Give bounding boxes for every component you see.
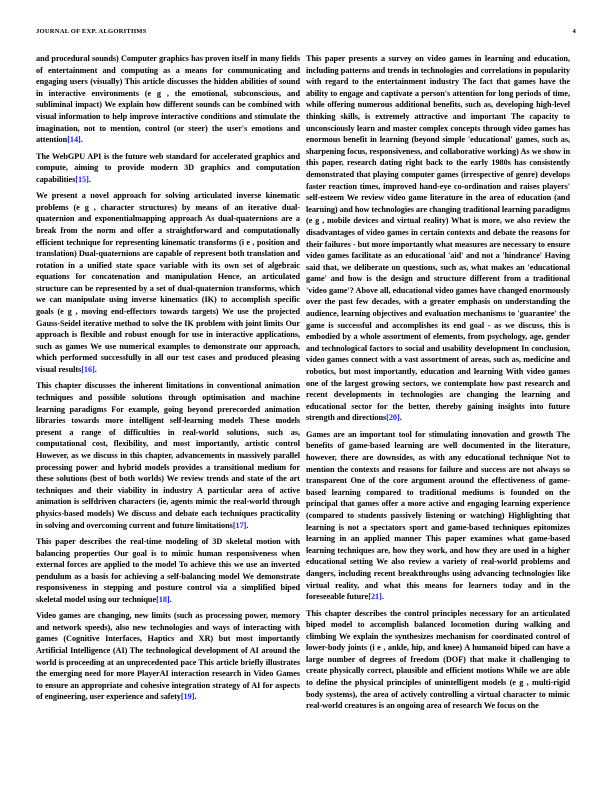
citation-link[interactable]: [19] xyxy=(181,692,195,701)
paragraph: We present a novel approach for solving … xyxy=(36,190,300,376)
citation-link[interactable]: [17] xyxy=(233,521,247,530)
page-header: JOURNAL OF EXP. ALGORITHMS 4 xyxy=(36,28,576,40)
paragraph: This chapter describes the control princ… xyxy=(306,608,570,712)
paragraph: This paper describes the real-time model… xyxy=(36,536,300,606)
citation-link[interactable]: [20] xyxy=(386,413,400,422)
paragraph: Games are an important tool for stimulat… xyxy=(306,429,570,603)
paragraph: Video games are changing, new limits (su… xyxy=(36,610,300,703)
citation-link[interactable]: [18] xyxy=(156,595,170,604)
citation-link[interactable]: [21] xyxy=(368,592,382,601)
paragraph: This paper presents a survey on video ga… xyxy=(306,53,570,424)
citation-link[interactable]: [16] xyxy=(81,365,95,374)
paragraph: The WebGPU API is the future web standar… xyxy=(36,151,300,186)
journal-title: JOURNAL OF EXP. ALGORITHMS xyxy=(36,28,147,35)
citation-link[interactable]: [15] xyxy=(75,175,89,184)
citation-link[interactable]: [14] xyxy=(67,135,81,144)
paragraph: This chapter discusses the inherent limi… xyxy=(36,380,300,531)
paragraph: and procedural sounds) Computer graphics… xyxy=(36,53,300,146)
right-column: This paper presents a survey on video ga… xyxy=(306,53,570,717)
left-column: and procedural sounds) Computer graphics… xyxy=(36,53,300,708)
page-number: 4 xyxy=(573,28,577,35)
